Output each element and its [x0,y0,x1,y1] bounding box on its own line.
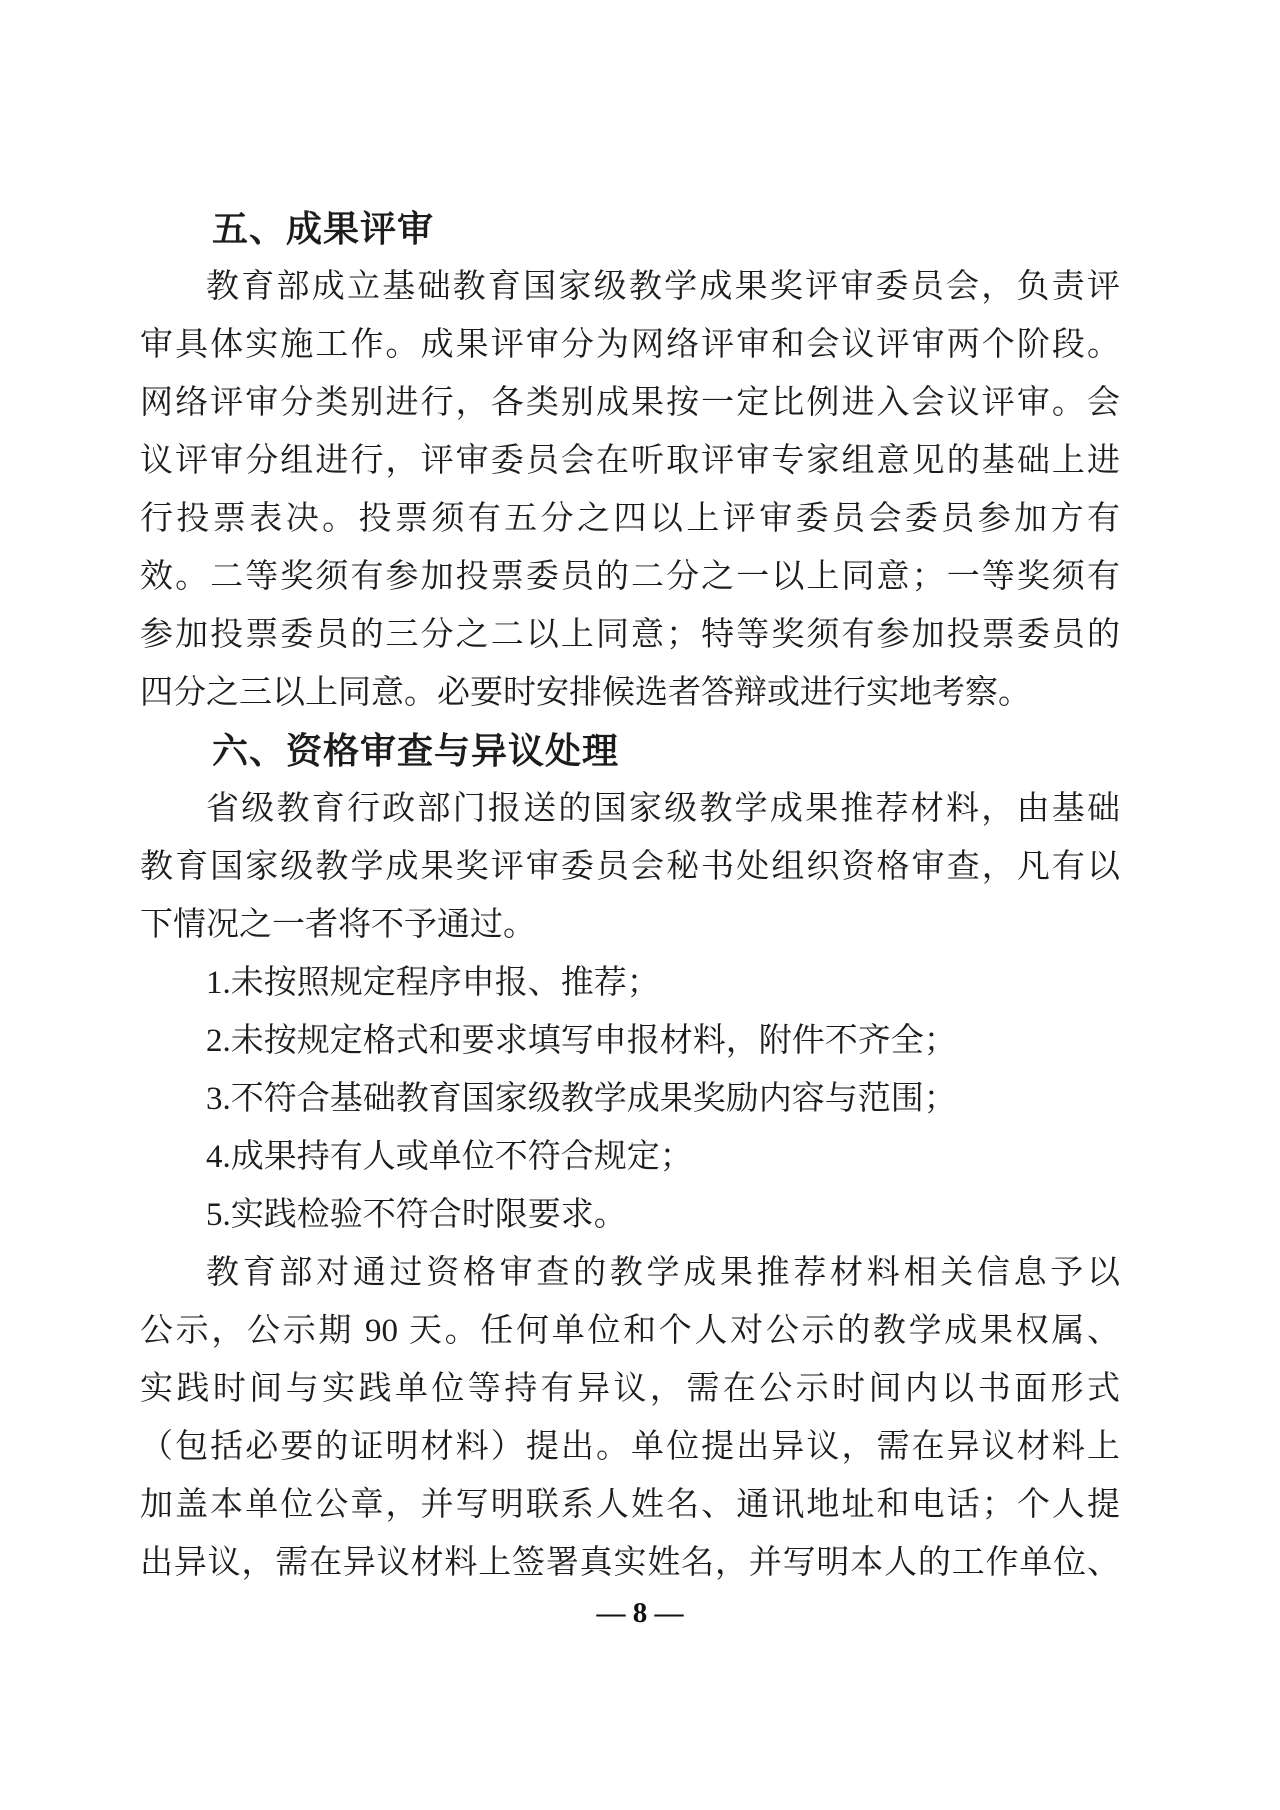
text-line: 教育部成立基础教育国家级教学成果奖评审委员会，负责评 [140,258,1120,316]
text-line: 效。二等奖须有参加投票委员的二分之一以上同意；一等奖须有 [140,548,1120,606]
text-line: 议评审分组进行，评审委员会在听取评审专家组意见的基础上进 [140,432,1120,490]
page-number: — 8 — [0,1592,1280,1634]
text-line: （包括必要的证明材料）提出。单位提出异议，需在异议材料上 [140,1418,1120,1476]
document-text-area: 五、成果评审教育部成立基础教育国家级教学成果奖评审委员会，负责评审具体实施工作。… [140,200,1120,1592]
section-heading: 五、成果评审 [140,200,1120,258]
text-line: 省级教育行政部门报送的国家级教学成果推荐材料，由基础 [140,780,1120,838]
text-line: 加盖本单位公章，并写明联系人姓名、通讯地址和电话；个人提 [140,1476,1120,1534]
text-line: 出异议，需在异议材料上签署真实姓名，并写明本人的工作单位、 [140,1534,1120,1592]
text-line: 教育部对通过资格审查的教学成果推荐材料相关信息予以 [140,1244,1120,1302]
text-line: 1.未按照规定程序申报、推荐； [140,954,1120,1012]
text-line: 公示，公示期 90 天。任何单位和个人对公示的教学成果权属、 [140,1302,1120,1360]
text-line: 四分之三以上同意。必要时安排候选者答辩或进行实地考察。 [140,664,1120,722]
text-line: 行投票表决。投票须有五分之四以上评审委员会委员参加方有 [140,490,1120,548]
text-line: 下情况之一者将不予通过。 [140,896,1120,954]
text-line: 实践时间与实践单位等持有异议，需在公示时间内以书面形式 [140,1360,1120,1418]
text-line: 教育国家级教学成果奖评审委员会秘书处组织资格审查，凡有以 [140,838,1120,896]
document-page: 五、成果评审教育部成立基础教育国家级教学成果奖评审委员会，负责评审具体实施工作。… [0,0,1280,1810]
section-heading: 六、资格审查与异议处理 [140,722,1120,780]
text-line: 2.未按规定格式和要求填写申报材料，附件不齐全； [140,1012,1120,1070]
text-line: 参加投票委员的三分之二以上同意；特等奖须有参加投票委员的 [140,606,1120,664]
text-line: 网络评审分类别进行，各类别成果按一定比例进入会议评审。会 [140,374,1120,432]
text-line: 4.成果持有人或单位不符合规定； [140,1128,1120,1186]
text-line: 审具体实施工作。成果评审分为网络评审和会议评审两个阶段。 [140,316,1120,374]
text-line: 5.实践检验不符合时限要求。 [140,1186,1120,1244]
text-line: 3.不符合基础教育国家级教学成果奖励内容与范围； [140,1070,1120,1128]
